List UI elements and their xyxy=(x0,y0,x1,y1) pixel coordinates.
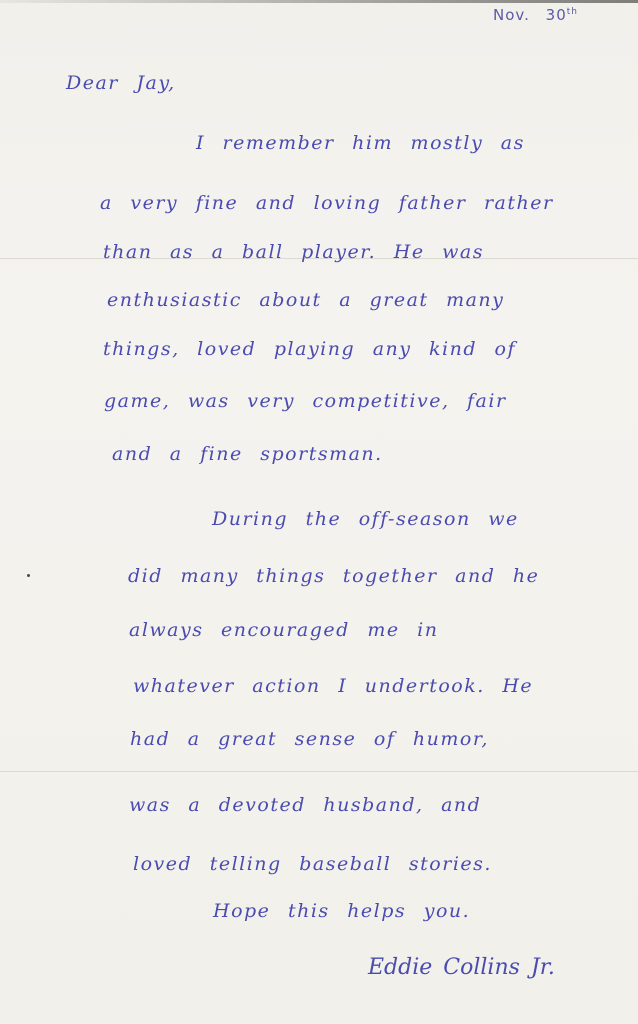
paper-speck xyxy=(27,574,30,577)
letter-line: and a fine sportsman. xyxy=(112,443,383,465)
letter-line: game, was very competitive, fair xyxy=(104,390,507,412)
letter-line: During the off-season we xyxy=(212,508,519,530)
paper-top-edge xyxy=(0,0,638,3)
closing-line: Hope this helps you. xyxy=(213,900,470,922)
letter-line: enthusiastic about a great many xyxy=(107,289,504,311)
letter-line: always encouraged me in xyxy=(129,619,438,641)
letter-line: I remember him mostly as xyxy=(196,132,525,154)
letter-line: than as a ball player. He was xyxy=(103,241,484,263)
letter-line: things, loved playing any kind of xyxy=(103,338,516,360)
letter-line: was a devoted husband, and xyxy=(129,794,481,816)
signature: Eddie Collins Jr. xyxy=(368,955,555,980)
letter-line: whatever action I undertook. He xyxy=(133,675,533,697)
letter-line: had a great sense of humor, xyxy=(130,728,489,750)
letter-page: Nov. 30th Dear Jay, I remember him mostl… xyxy=(0,0,638,1024)
letter-line: a very fine and loving father rather xyxy=(100,192,554,214)
salutation: Dear Jay, xyxy=(66,72,176,94)
fold-line xyxy=(0,771,638,772)
letter-date: Nov. 30th xyxy=(493,6,578,24)
letter-line: loved telling baseball stories. xyxy=(133,853,492,875)
letter-line: did many things together and he xyxy=(128,565,539,587)
